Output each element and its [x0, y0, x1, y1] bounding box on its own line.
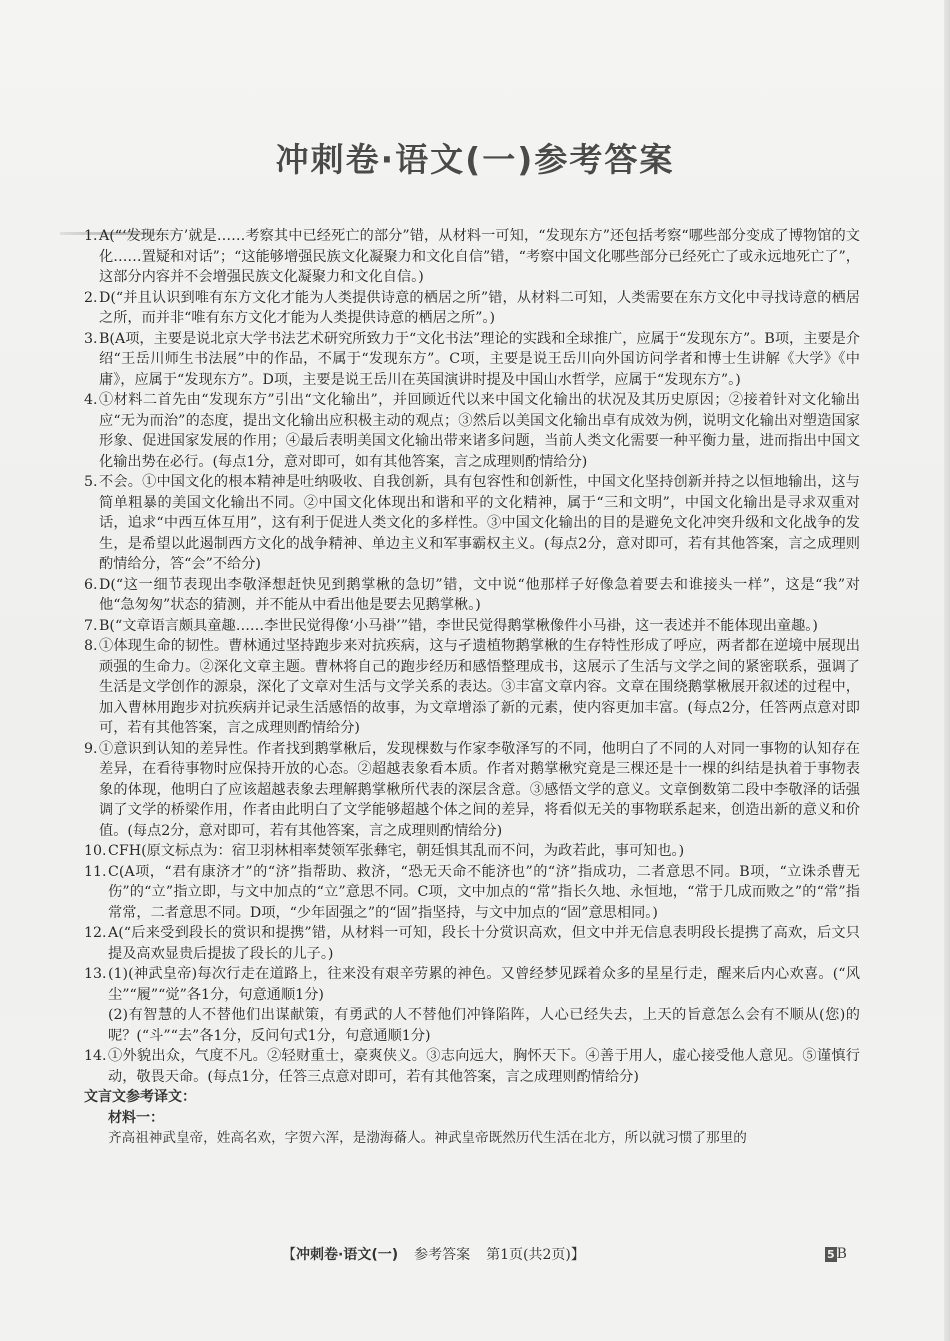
- answer-number: 2.: [84, 288, 98, 309]
- answer-text: 不会。①中国文化的根本精神是吐纳吸收、自我创新，具有包容性和创新性，中国文化坚持…: [99, 472, 860, 575]
- badge-letter: B: [837, 1246, 847, 1262]
- footer-page-number: 第1页(共2页): [486, 1247, 571, 1263]
- answer-item-5: 5. 不会。①中国文化的根本精神是吐纳吸收、自我创新，具有包容性和创新性，中国文…: [84, 472, 860, 575]
- answer-text: A(“后来受到段长的赏识和提携”错，从材料一可知，段长十分赏识高欢，但文中并无信…: [108, 923, 860, 964]
- answers-body: 1. A(“‘发现东方’就是……考察其中已经死亡的部分”错，从材料一可知，“发现…: [84, 226, 860, 1149]
- answer-text: D(“这一细节表现出李敬泽想赶快见到鹅掌楸的急切”错，文中说“他那样子好像急着要…: [99, 575, 860, 616]
- answer-sheet-page: 冲刺卷·语文(一)参考答案 1. A(“‘发现东方’就是……考察其中已经死亡的部…: [0, 0, 950, 1341]
- answer-item-8: 8. ①体现生命的韧性。曹林通过坚持跑步来对抗疾病，这与孑遗植物鹅掌楸的生存特性…: [84, 636, 860, 739]
- answer-item-11: 11. C(A项，“君有康济才”的“济”指帮助、救济，“恐无天命不能济也”的“济…: [84, 862, 860, 924]
- answer-text: ①意识到认知的差异性。作者找到鹅掌楸后，发现棵数与作家李敬泽写的不同，他明白了不…: [99, 739, 860, 842]
- answer-number: 9.: [84, 739, 98, 760]
- answer-item-2: 2. D(“并且认识到唯有东方文化才能为人类提供诗意的栖居之所”错，从材料二可知…: [84, 288, 860, 329]
- footer-label: 参考答案: [414, 1247, 470, 1263]
- answer-number: 14.: [84, 1046, 107, 1067]
- answer-number: 1.: [84, 226, 98, 247]
- answer-item-9: 9. ①意识到认知的差异性。作者找到鹅掌楸后，发现棵数与作家李敬泽写的不同，他明…: [84, 739, 860, 842]
- answer-number: 12.: [84, 923, 107, 944]
- answer-text: ①外貌出众，气度不凡。②轻财重士，豪爽侠义。③志向远大，胸怀天下。④善于用人，虚…: [108, 1046, 860, 1087]
- answer-text: A(“‘发现东方’就是……考察其中已经死亡的部分”错，从材料一可知，“发现东方”…: [99, 226, 860, 288]
- answer-text: CFH(原文标点为：宿卫羽林相率焚领军张彝宅，朝廷惧其乱而不问，为政若此，事可知…: [108, 841, 860, 862]
- edition-badge: 5B: [825, 1246, 847, 1262]
- answer-item-12: 12. A(“后来受到段长的赏识和提携”错，从材料一可知，段长十分赏识高欢，但文…: [84, 923, 860, 964]
- answer-text: C(A项，“君有康济才”的“济”指帮助、救济，“恐无天命不能济也”的“济”指成功…: [108, 862, 860, 924]
- material-one-title: 材料一：: [84, 1108, 860, 1129]
- answer-number: 3.: [84, 329, 98, 350]
- answer-text: D(“并且认识到唯有东方文化才能为人类提供诗意的栖居之所”错，从材料二可知，人类…: [99, 288, 860, 329]
- answer-text: B(“文章语言颇具童趣……李世民觉得像‘小马褂’”错，李世民觉得鹅掌楸像件小马褂…: [99, 616, 860, 637]
- answer-number: 10.: [84, 841, 107, 862]
- answer-item-13: 13. (1)(神武皇帝)每次行走在道路上，往来没有艰辛劳累的神色。又曾经梦见踩…: [84, 964, 860, 1046]
- page-edge-shadow: [944, 0, 950, 1341]
- answer-text: ①材料二首先由“发现东方”引出“文化输出”，并回顾近代以来中国文化输出的状况及其…: [99, 390, 860, 472]
- answer-item-1: 1. A(“‘发现东方’就是……考察其中已经死亡的部分”错，从材料一可知，“发现…: [84, 226, 860, 288]
- answer-text-part-2: (2)有智慧的人不替他们出谋献策，有勇武的人不替他们冲锋陷阵，人心已经失去，上天…: [108, 1005, 860, 1046]
- answer-text: ①体现生命的韧性。曹林通过坚持跑步来对抗疾病，这与孑遗植物鹅掌楸的生存特性形成了…: [99, 636, 860, 739]
- answer-item-3: 3. B(A项，主要是说北京大学书法艺术研究所致力于“文化书法”理论的实践和全球…: [84, 329, 860, 391]
- page-title: 冲刺卷·语文(一)参考答案: [0, 134, 950, 181]
- translation-text: 齐高祖神武皇帝，姓高名欢，字贺六浑，是渤海蓨人。神武皇帝既然历代生活在北方，所以…: [84, 1128, 860, 1149]
- answer-number: 6.: [84, 575, 98, 596]
- answer-item-7: 7. B(“文章语言颇具童趣……李世民觉得像‘小马褂’”错，李世民觉得鹅掌楸像件…: [84, 616, 860, 637]
- answer-number: 7.: [84, 616, 98, 637]
- answer-item-10: 10. CFH(原文标点为：宿卫羽林相率焚领军张彝宅，朝廷惧其乱而不问，为政若此…: [84, 841, 860, 862]
- answer-number: 11.: [84, 862, 107, 883]
- answer-item-6: 6. D(“这一细节表现出李敬泽想赶快见到鹅掌楸的急切”错，文中说“他那样子好像…: [84, 575, 860, 616]
- answer-item-4: 4. ①材料二首先由“发现东方”引出“文化输出”，并回顾近代以来中国文化输出的状…: [84, 390, 860, 472]
- answer-item-14: 14. ①外貌出众，气度不凡。②轻财重士，豪爽侠义。③志向远大，胸怀天下。④善于…: [84, 1046, 860, 1087]
- answer-number: 5.: [84, 472, 98, 493]
- badge-number: 5: [825, 1247, 837, 1262]
- page-footer: 【冲刺卷·语文(一)参考答案第1页(共2页)】: [282, 1244, 585, 1264]
- answer-number: 8.: [84, 636, 98, 657]
- footer-right-bracket: 】: [571, 1247, 585, 1263]
- translation-section-title: 文言文参考译文：: [84, 1087, 860, 1108]
- footer-series: 冲刺卷·语文(一): [296, 1247, 398, 1263]
- answer-number: 4.: [84, 390, 98, 411]
- answer-text: B(A项，主要是说北京大学书法艺术研究所致力于“文化书法”理论的实践和全球推广，…: [99, 329, 860, 391]
- footer-left-bracket: 【: [282, 1247, 296, 1263]
- answer-number: 13.: [84, 964, 107, 985]
- answer-text-part-1: (1)(神武皇帝)每次行走在道路上，往来没有艰辛劳累的神色。又曾经梦见踩着众多的…: [108, 964, 860, 1005]
